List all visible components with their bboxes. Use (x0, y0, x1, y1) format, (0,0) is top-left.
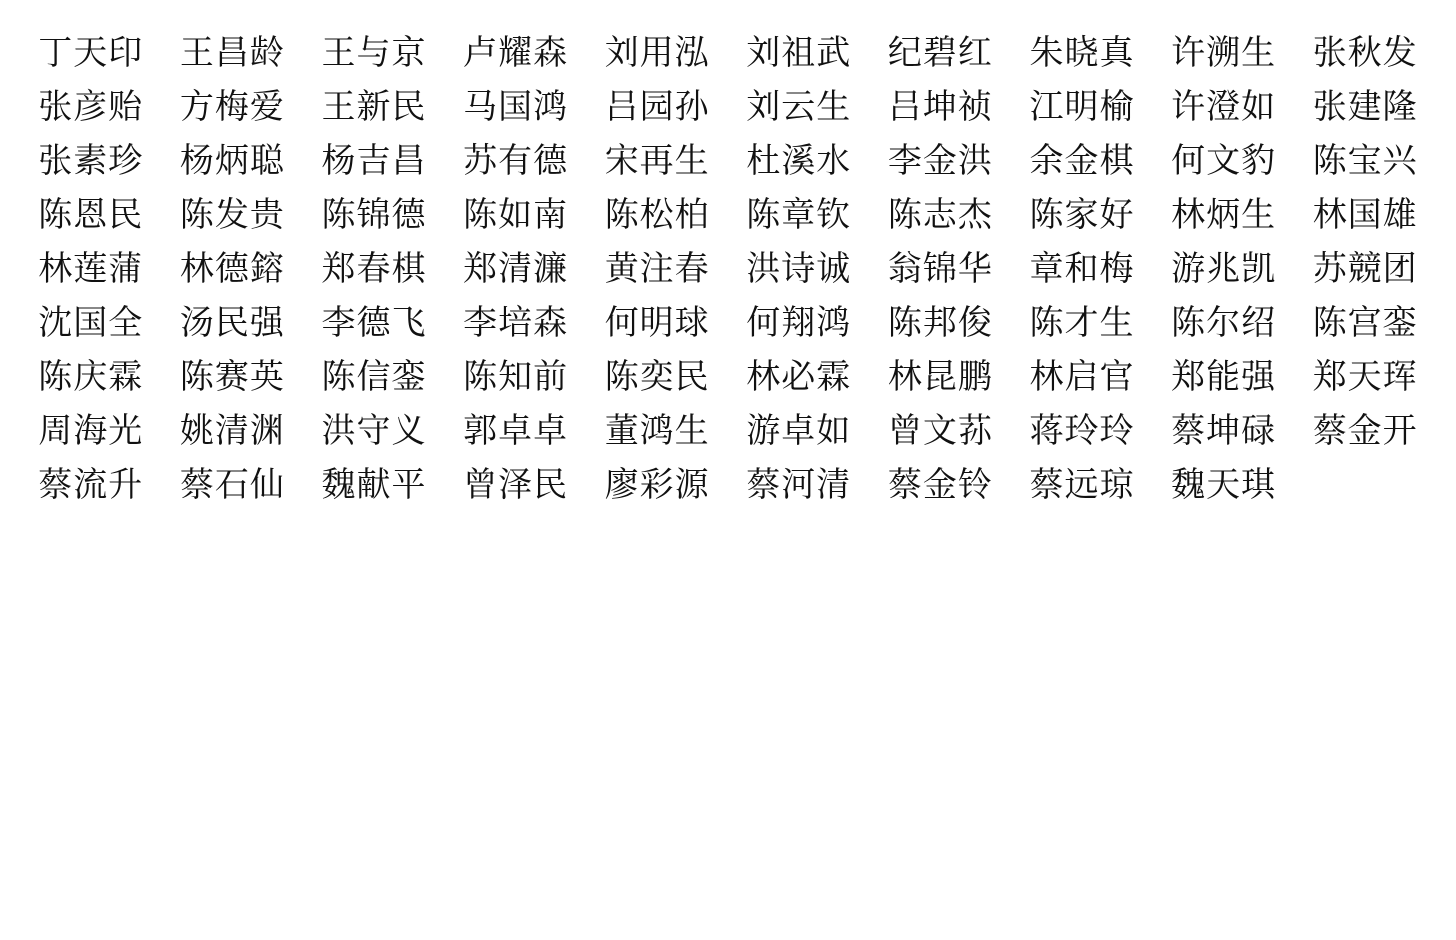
person-name: 郑天珲 (1294, 350, 1436, 404)
person-name: 刘云生 (728, 80, 870, 134)
person-name: 黄注春 (586, 242, 728, 296)
person-name: 杨吉昌 (303, 134, 445, 188)
person-name: 陈赛英 (162, 350, 304, 404)
person-name: 许溯生 (1153, 26, 1295, 80)
person-name: 江明榆 (1011, 80, 1153, 134)
name-row: 陈庆霖陈赛英陈信銮陈知前陈奕民林必霖林昆鹏林启官郑能强郑天珲 (20, 350, 1436, 404)
person-name: 郑春棋 (303, 242, 445, 296)
person-name: 李德飞 (303, 296, 445, 350)
name-row: 周海光姚清渊洪守义郭卓卓董鸿生游卓如曾文荪蒋玲玲蔡坤碌蔡金开 (20, 404, 1436, 458)
person-name: 吕坤祯 (870, 80, 1012, 134)
person-name: 汤民强 (162, 296, 304, 350)
person-name: 马国鸿 (445, 80, 587, 134)
person-name: 董鸿生 (586, 404, 728, 458)
name-row: 张彦贻方梅爱王新民马国鸿吕园孙刘云生吕坤祯江明榆许澄如张建隆 (20, 80, 1436, 134)
person-name: 杜溪水 (728, 134, 870, 188)
person-name: 苏有德 (445, 134, 587, 188)
person-name: 蔡远琼 (1011, 458, 1153, 512)
person-name: 林德鎔 (162, 242, 304, 296)
person-name: 何明球 (586, 296, 728, 350)
person-name: 张建隆 (1294, 80, 1436, 134)
person-name: 游兆凯 (1153, 242, 1295, 296)
person-name: 陈宝兴 (1294, 134, 1436, 188)
person-name: 张素珍 (20, 134, 162, 188)
person-name: 陈知前 (445, 350, 587, 404)
person-name: 蔡流升 (20, 458, 162, 512)
person-name: 陈邦俊 (870, 296, 1012, 350)
person-name: 蔡金开 (1294, 404, 1436, 458)
person-name: 翁锦华 (870, 242, 1012, 296)
person-name: 林莲蒲 (20, 242, 162, 296)
person-name: 林必霖 (728, 350, 870, 404)
person-name: 宋再生 (586, 134, 728, 188)
person-name: 魏献平 (303, 458, 445, 512)
person-name: 纪碧红 (870, 26, 1012, 80)
name-row: 陈恩民陈发贵陈锦德陈如南陈松柏陈章钦陈志杰陈家好林炳生林国雄 (20, 188, 1436, 242)
person-name: 沈国全 (20, 296, 162, 350)
person-name: 游卓如 (728, 404, 870, 458)
person-name: 蔡坤碌 (1153, 404, 1295, 458)
person-name: 陈尔绍 (1153, 296, 1295, 350)
person-name: 陈松柏 (586, 188, 728, 242)
name-row: 丁天印王昌龄王与京卢耀森刘用泓刘祖武纪碧红朱晓真许溯生张秋发 (20, 26, 1436, 80)
person-name: 周海光 (20, 404, 162, 458)
person-name: 洪守义 (303, 404, 445, 458)
person-name: 陈如南 (445, 188, 587, 242)
person-name: 丁天印 (20, 26, 162, 80)
person-name: 何翔鸿 (728, 296, 870, 350)
person-name: 陈庆霖 (20, 350, 162, 404)
person-name: 陈才生 (1011, 296, 1153, 350)
document-page: 丁天印王昌龄王与京卢耀森刘用泓刘祖武纪碧红朱晓真许溯生张秋发张彦贻方梅爱王新民马… (0, 0, 1456, 940)
name-row: 张素珍杨炳聪杨吉昌苏有德宋再生杜溪水李金洪余金棋何文豹陈宝兴 (20, 134, 1436, 188)
person-name: 陈信銮 (303, 350, 445, 404)
person-name: 李金洪 (870, 134, 1012, 188)
person-name: 朱晓真 (1011, 26, 1153, 80)
person-name: 蔡河清 (728, 458, 870, 512)
person-name: 蔡石仙 (162, 458, 304, 512)
person-name: 王与京 (303, 26, 445, 80)
person-name: 郑能强 (1153, 350, 1295, 404)
person-name: 刘用泓 (586, 26, 728, 80)
person-name: 陈章钦 (728, 188, 870, 242)
person-name: 陈家好 (1011, 188, 1153, 242)
person-name: 苏競团 (1294, 242, 1436, 296)
person-name: 杨炳聪 (162, 134, 304, 188)
person-name: 吕园孙 (586, 80, 728, 134)
person-name: 王昌龄 (162, 26, 304, 80)
person-name: 郭卓卓 (445, 404, 587, 458)
person-name: 陈发贵 (162, 188, 304, 242)
name-row: 沈国全汤民强李德飞李培森何明球何翔鸿陈邦俊陈才生陈尔绍陈宫銮 (20, 296, 1436, 350)
person-name: 林炳生 (1153, 188, 1295, 242)
person-name: 刘祖武 (728, 26, 870, 80)
person-name: 方梅爱 (162, 80, 304, 134)
person-name: 蒋玲玲 (1011, 404, 1153, 458)
person-name: 余金棋 (1011, 134, 1153, 188)
name-roster: 丁天印王昌龄王与京卢耀森刘用泓刘祖武纪碧红朱晓真许溯生张秋发张彦贻方梅爱王新民马… (20, 26, 1436, 512)
person-name: 张彦贻 (20, 80, 162, 134)
person-name: 蔡金铃 (870, 458, 1012, 512)
person-name: 姚清渊 (162, 404, 304, 458)
person-name: 曾文荪 (870, 404, 1012, 458)
person-name: 廖彩源 (586, 458, 728, 512)
person-name: 陈奕民 (586, 350, 728, 404)
name-row: 林莲蒲林德鎔郑春棋郑清濂黄注春洪诗诚翁锦华章和梅游兆凯苏競团 (20, 242, 1436, 296)
person-name: 卢耀森 (445, 26, 587, 80)
person-name: 林昆鹏 (870, 350, 1012, 404)
person-name: 许澄如 (1153, 80, 1295, 134)
person-name: 陈恩民 (20, 188, 162, 242)
person-name: 魏天琪 (1153, 458, 1295, 512)
person-name: 林国雄 (1294, 188, 1436, 242)
person-name: 陈志杰 (870, 188, 1012, 242)
name-row: 蔡流升蔡石仙魏献平曾泽民廖彩源蔡河清蔡金铃蔡远琼魏天琪 (20, 458, 1436, 512)
person-name: 陈宫銮 (1294, 296, 1436, 350)
person-name: 曾泽民 (445, 458, 587, 512)
person-name: 李培森 (445, 296, 587, 350)
person-name: 陈锦德 (303, 188, 445, 242)
person-name: 王新民 (303, 80, 445, 134)
person-name: 郑清濂 (445, 242, 587, 296)
person-name: 林启官 (1011, 350, 1153, 404)
person-name: 洪诗诚 (728, 242, 870, 296)
person-name: 章和梅 (1011, 242, 1153, 296)
person-name: 张秋发 (1294, 26, 1436, 80)
person-name: 何文豹 (1153, 134, 1295, 188)
